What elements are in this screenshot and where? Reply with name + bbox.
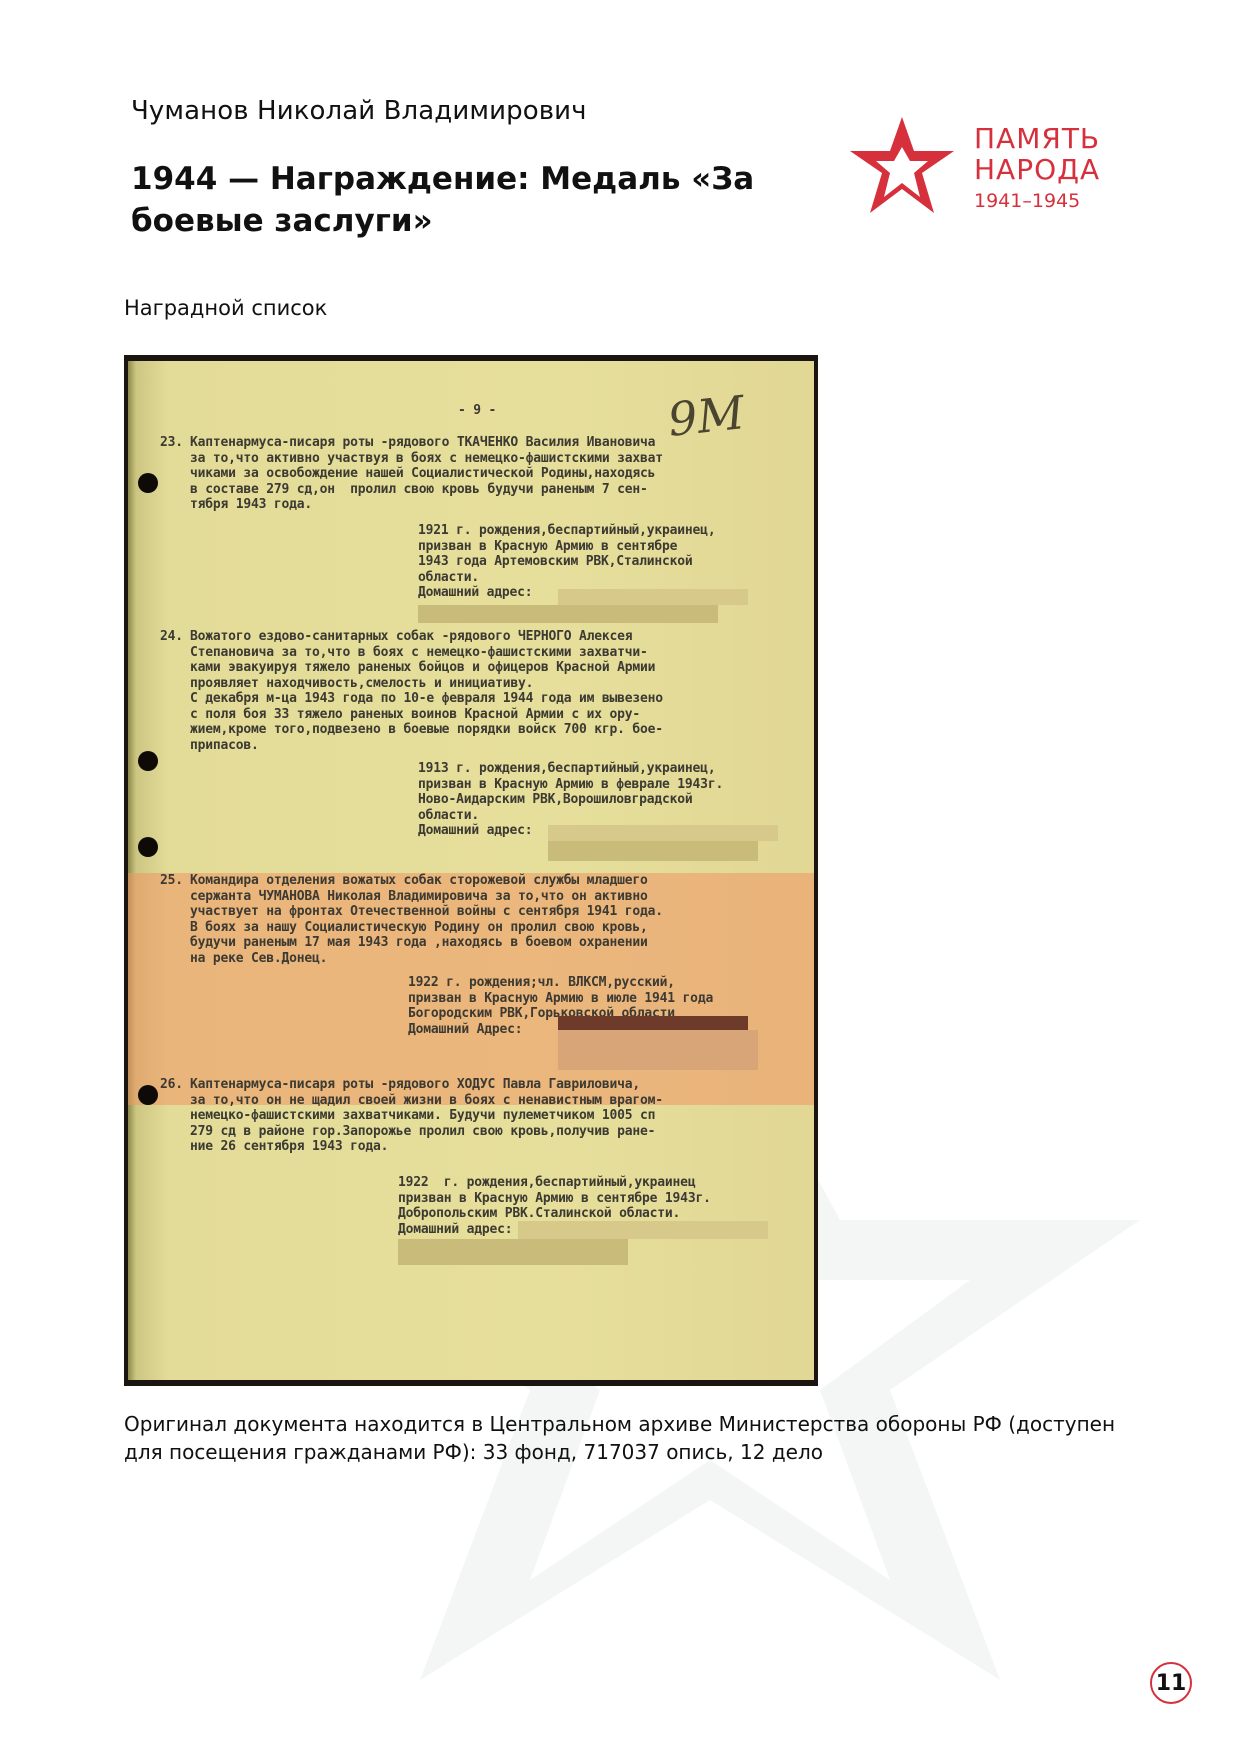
redaction — [418, 605, 718, 623]
redaction — [558, 1030, 758, 1070]
pamyat-naroda-logo: ПАМЯТЬ НАРОДА 1941–1945 — [850, 115, 1150, 225]
page-marker: - 9 - — [458, 403, 496, 419]
entry-number: 24. — [160, 629, 183, 645]
redaction — [558, 1016, 748, 1030]
punch-hole-icon — [138, 751, 158, 771]
entry-text: Каптенармуса-писаря роты -рядового ХОДУС… — [190, 1077, 663, 1155]
handwritten-note: 9М — [665, 385, 747, 447]
entry-text: Командира отделения вожатых собак сторож… — [190, 873, 663, 966]
logo-years: 1941–1945 — [974, 188, 1100, 214]
punch-hole-icon — [138, 473, 158, 493]
punch-hole-icon — [138, 1085, 158, 1105]
entry-number: 25. — [160, 873, 183, 889]
redaction — [558, 589, 748, 605]
logo-line1: ПАМЯТЬ — [974, 123, 1100, 154]
person-name: Чуманов Николай Владимирович — [131, 96, 587, 126]
document-paper: - 9 - 9М 23. Каптенармуса-писаря роты -р… — [128, 361, 814, 1380]
logo-line2: НАРОДА — [974, 154, 1100, 185]
page-title: 1944 — Награждение: Медаль «За боевые за… — [131, 158, 771, 242]
logo-text: ПАМЯТЬ НАРОДА 1941–1945 — [974, 123, 1100, 214]
punch-hole-icon — [138, 837, 158, 857]
page-number-badge: 11 — [1150, 1662, 1192, 1704]
entry-number: 26. — [160, 1077, 183, 1093]
document-label: Наградной список — [124, 296, 327, 320]
redaction — [518, 1221, 768, 1239]
entry-text: Вожатого ездово-санитарных собак -рядово… — [190, 629, 663, 753]
archive-caption: Оригинал документа находится в Центральн… — [124, 1410, 1124, 1466]
document-scan: - 9 - 9М 23. Каптенармуса-писаря роты -р… — [124, 355, 818, 1386]
entry-text: Каптенармуса-писаря роты -рядового ТКАЧЕ… — [190, 435, 663, 513]
entry-number: 23. — [160, 435, 183, 451]
redaction — [548, 841, 758, 861]
redaction — [548, 825, 778, 841]
redaction — [398, 1239, 628, 1265]
red-star-icon — [850, 117, 954, 219]
